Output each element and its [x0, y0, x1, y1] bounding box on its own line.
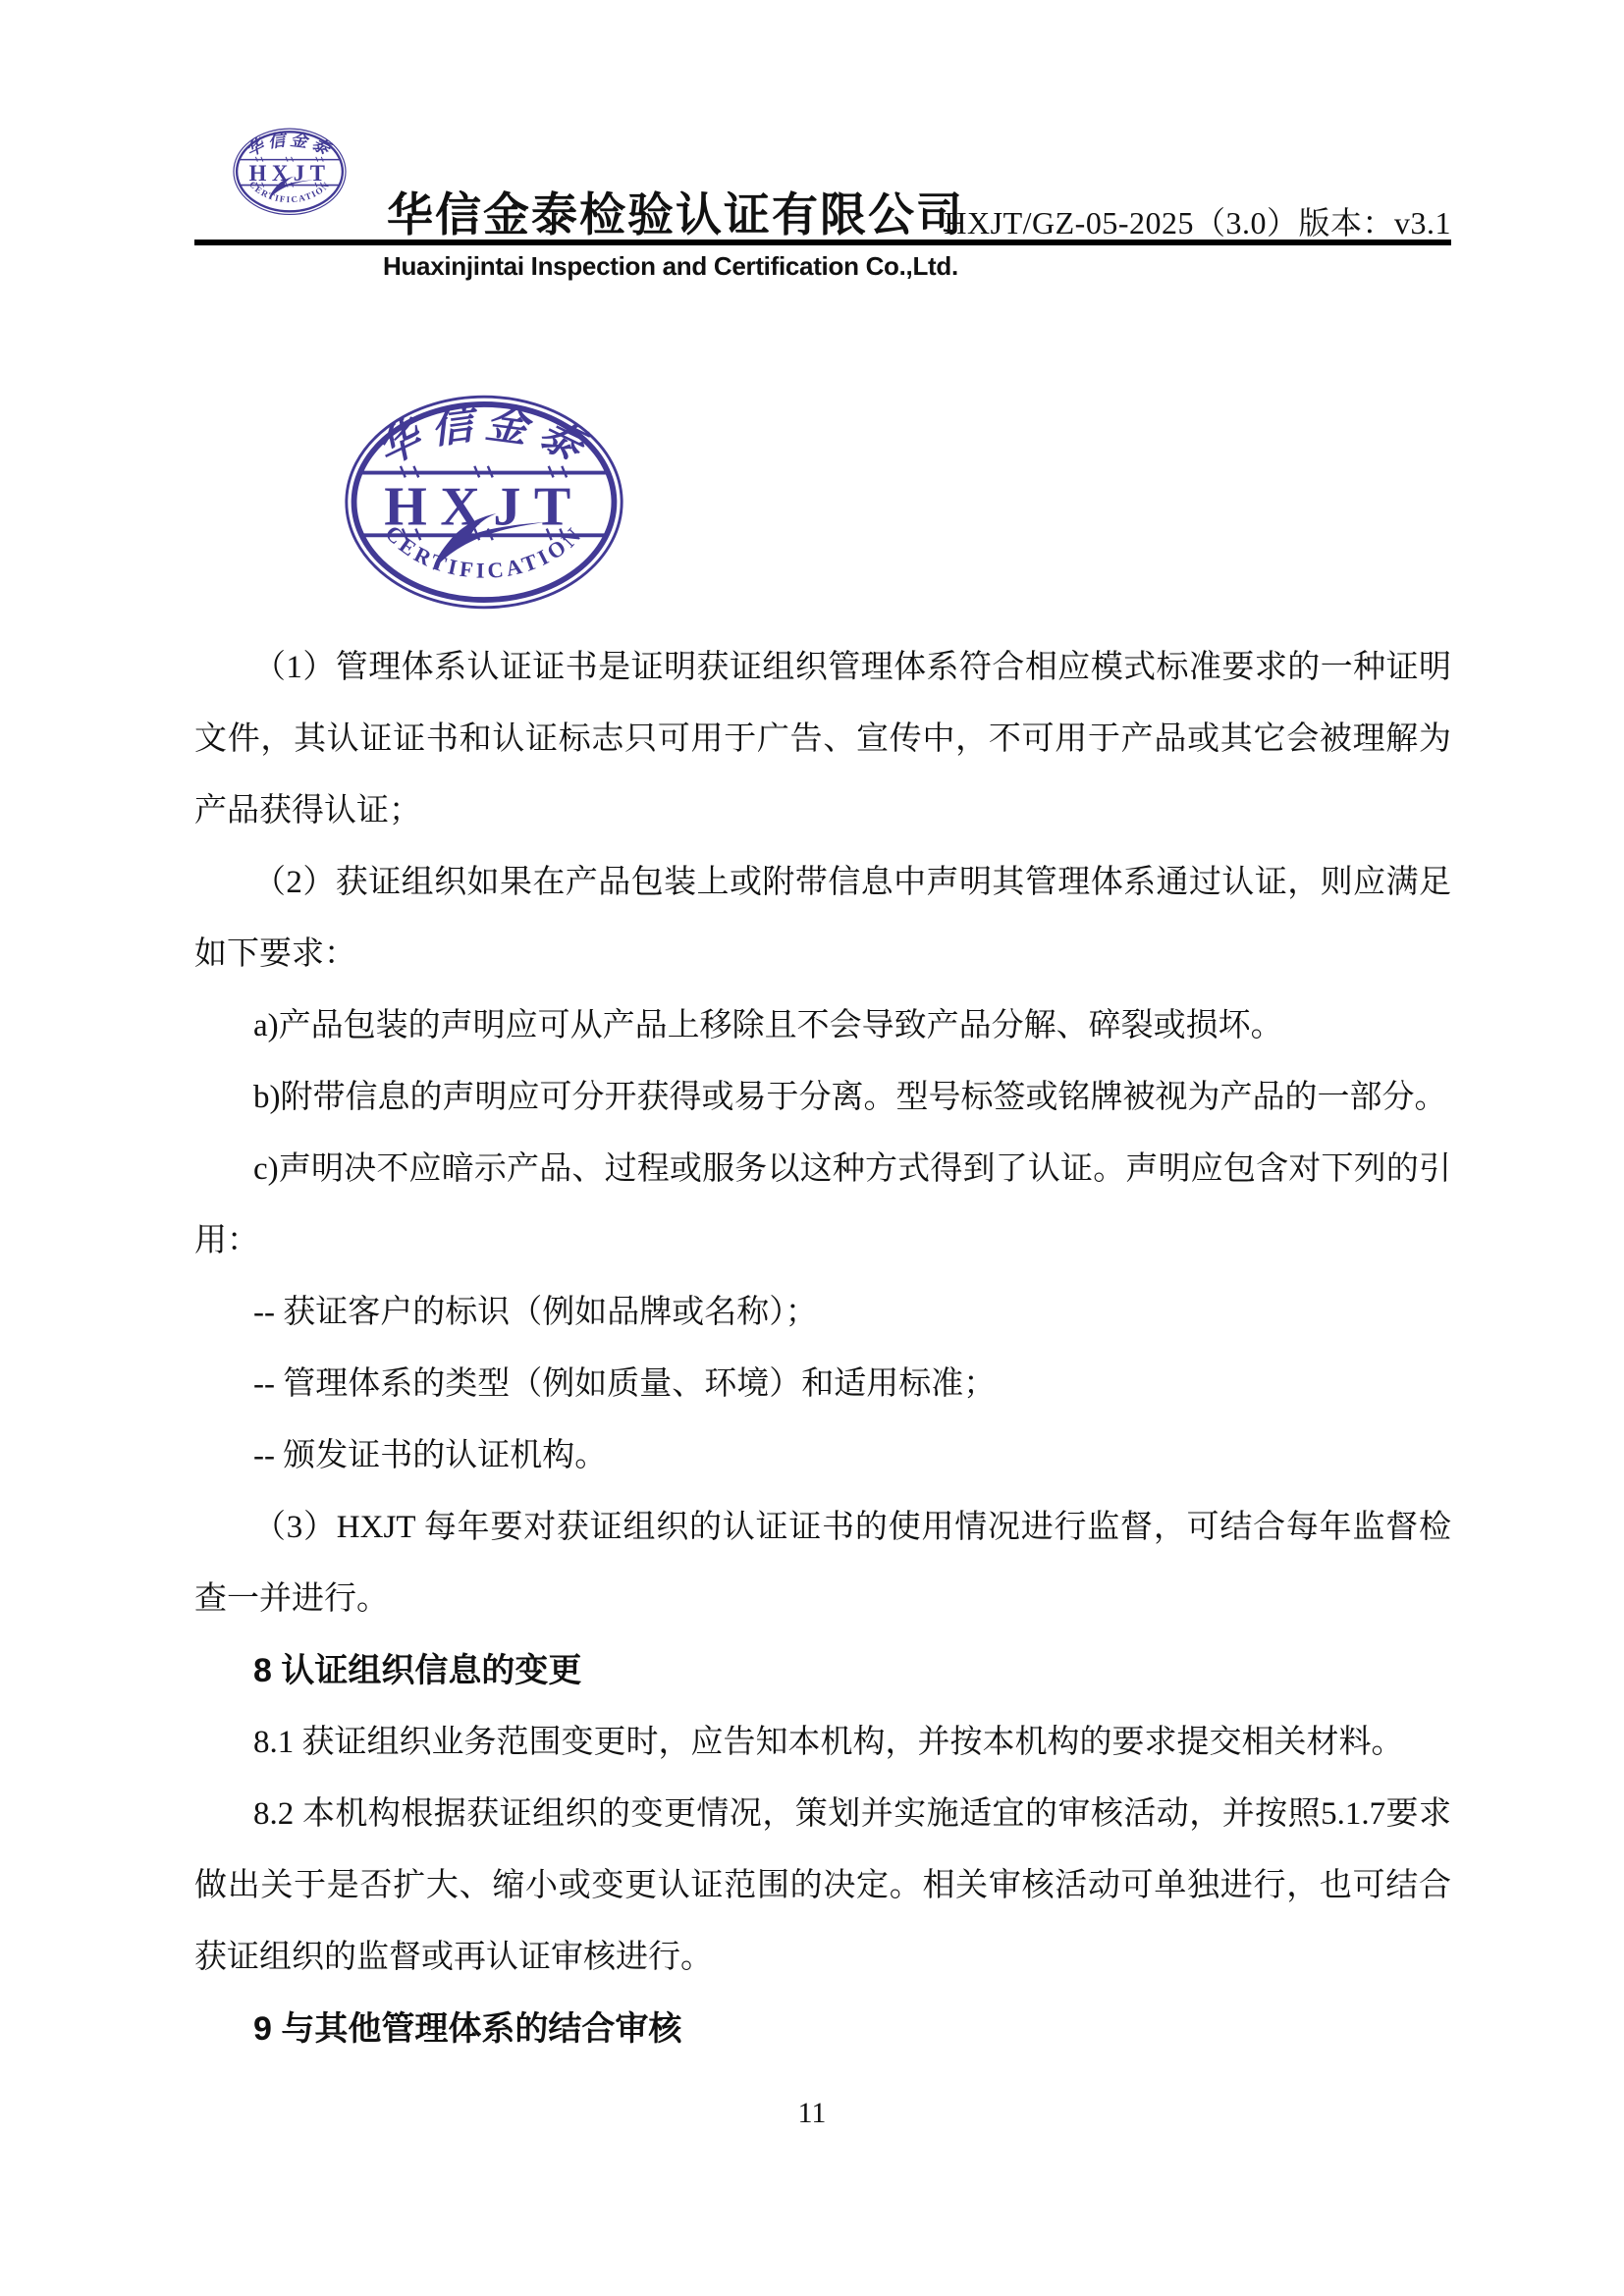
- dash-item-3: -- 颁发证书的认证机构。: [194, 1420, 1451, 1492]
- section-heading-8: 8 认证组织信息的变更: [194, 1635, 1451, 1707]
- header-divider: [194, 240, 1451, 245]
- list-item-c: c)声明决不应暗示产品、过程或服务以这种方式得到了认证。声明应包含对下列的引用：: [194, 1134, 1451, 1277]
- paragraph-8-2: 8.2 本机构根据获证组织的变更情况，策划并实施适宜的审核活动，并按照5.1.7…: [194, 1779, 1451, 1994]
- logo-arc-top-text: 华信金泰: [370, 400, 598, 474]
- paragraph-1: （1）管理体系认证证书是证明获证组织管理体系符合相应模式标准要求的一种证明文件，…: [194, 632, 1451, 847]
- page-number: 11: [0, 2097, 1624, 2130]
- paragraph-3: （3）HXJT 每年要对获证组织的认证证书的使用情况进行监督，可结合每年监督检查…: [194, 1492, 1451, 1635]
- dash-item-2: -- 管理体系的类型（例如质量、环境）和适用标准；: [194, 1349, 1451, 1420]
- svg-text:华信金泰: 华信金泰: [370, 400, 598, 474]
- company-name-en: Huaxinjintai Inspection and Certificatio…: [383, 251, 895, 282]
- logo-acronym: HXJT: [249, 161, 331, 186]
- document-page: HXJT 华信金泰 CERTIFICATION 华信金泰检验认证有限公司 HXJ…: [0, 0, 1624, 2296]
- logo-acronym: HXJT: [384, 477, 584, 538]
- company-name-zh: 华信金泰检验认证有限公司: [387, 179, 937, 244]
- hxjt-logo-icon: HXJT 华信金泰 CERTIFICATION: [232, 126, 348, 218]
- hxjt-certification-logo: HXJT 华信金泰 CERTIFICATION: [342, 391, 626, 614]
- paragraph-2: （2）获证组织如果在产品包装上或附带信息中声明其管理体系通过认证，则应满足如下要…: [194, 847, 1451, 990]
- document-code: HXJT/GZ-05-2025（3.0）版本：v3.1: [944, 198, 1451, 243]
- dash-item-1: -- 获证客户的标识（例如品牌或名称）；: [194, 1277, 1451, 1349]
- paragraph-8-1: 8.1 获证组织业务范围变更时，应告知本机构，并按本机构的要求提交相关材料。: [194, 1707, 1451, 1779]
- list-item-a: a)产品包装的声明应可从产品上移除且不会导致产品分解、碎裂或损坏。: [194, 990, 1451, 1062]
- svg-text:华信金泰: 华信金泰: [244, 130, 336, 160]
- list-item-b: b)附带信息的声明应可分开获得或易于分离。型号标签或铭牌被视为产品的一部分。: [194, 1062, 1451, 1134]
- section-heading-9: 9 与其他管理体系的结合审核: [194, 1994, 1451, 2065]
- logo-arc-top-text: 华信金泰: [244, 130, 336, 160]
- document-body: （1）管理体系认证证书是证明获证组织管理体系符合相应模式标准要求的一种证明文件，…: [194, 632, 1451, 2065]
